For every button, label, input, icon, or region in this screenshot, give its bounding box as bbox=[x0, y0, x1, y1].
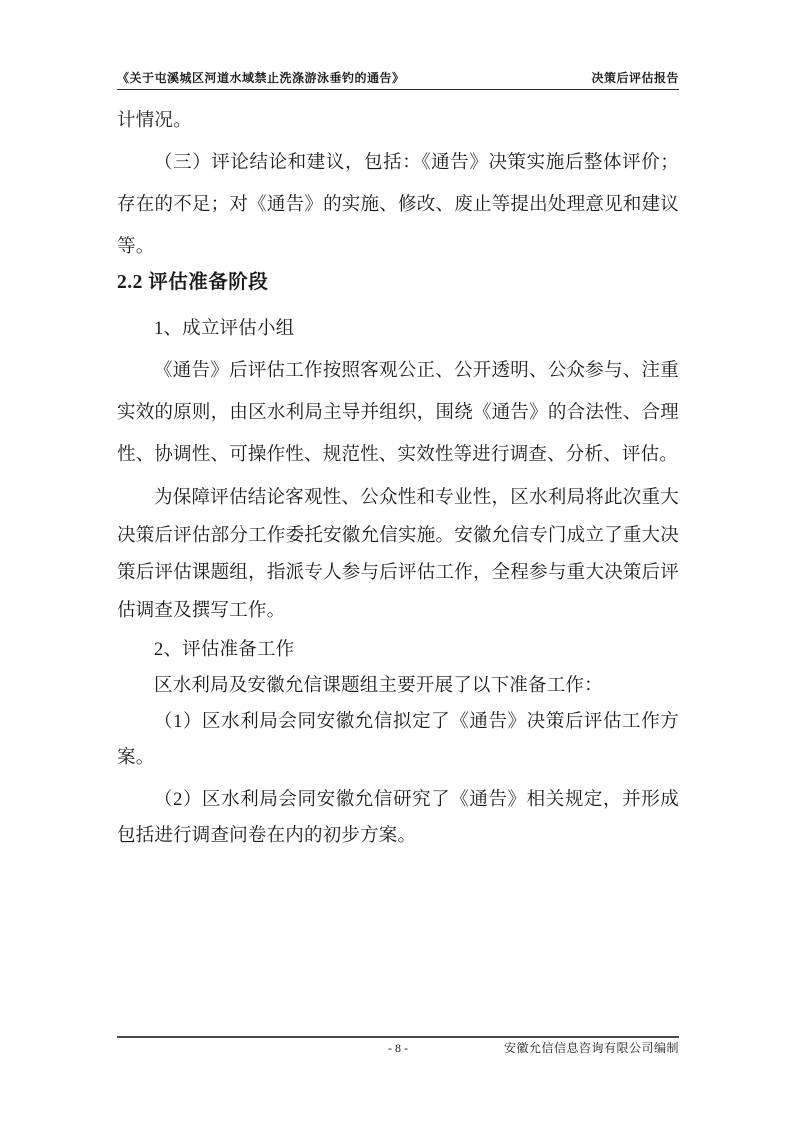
footer-row: - 8 - 安徽允信信息咨询有限公司编制 bbox=[117, 1041, 679, 1056]
document-body: 计情况。 （三）评论结论和建议，包括：《通告》决策实施后整体评价；存在的不足；对… bbox=[117, 100, 679, 854]
header-report-type: 决策后评估报告 bbox=[591, 70, 679, 86]
paragraph-conclusion-item: （三）评论结论和建议，包括：《通告》决策实施后整体评价；存在的不足；对《通告》的… bbox=[117, 142, 679, 268]
page-number: - 8 - bbox=[388, 1041, 408, 1055]
paragraph-group1-title: 1、成立评估小组 bbox=[117, 308, 679, 350]
document-page: 《关于屯溪城区河道水域禁止洗涤游泳垂钓的通告》 决策后评估报告 计情况。 （三）… bbox=[0, 0, 793, 1122]
page-header: 《关于屯溪城区河道水域禁止洗涤游泳垂钓的通告》 决策后评估报告 bbox=[117, 70, 679, 90]
paragraph-continuation: 计情况。 bbox=[117, 100, 679, 142]
header-document-title: 《关于屯溪城区河道水域禁止洗涤游泳垂钓的通告》 bbox=[117, 70, 405, 86]
section-heading-2-2: 2.2 评估准备阶段 bbox=[117, 268, 679, 298]
paragraph-evaluation-principles: 《通告》后评估工作按照客观公正、公开透明、公众参与、注重实效的原则，由区水利局主… bbox=[117, 350, 679, 476]
paragraph-delegation: 为保障评估结论客观性、公众性和专业性，区水利局将此次重大决策后评估部分工作委托安… bbox=[117, 480, 679, 630]
paragraph-preparation-item2: （2）区水利局会同安徽允信研究了《通告》相关规定，并形成包括进行调查问卷在内的初… bbox=[117, 782, 679, 854]
paragraph-preparation-intro: 区水利局及安徽允信课题组主要开展了以下准备工作： bbox=[117, 668, 679, 704]
page-footer: - 8 - 安徽允信信息咨询有限公司编制 bbox=[117, 1036, 679, 1056]
paragraph-group2-title: 2、评估准备工作 bbox=[117, 632, 679, 668]
paragraph-preparation-item1: （1）区水利局会同安徽允信拟定了《通告》决策后评估工作方案。 bbox=[117, 704, 679, 776]
footer-company-credit: 安徽允信信息咨询有限公司编制 bbox=[504, 1041, 679, 1056]
